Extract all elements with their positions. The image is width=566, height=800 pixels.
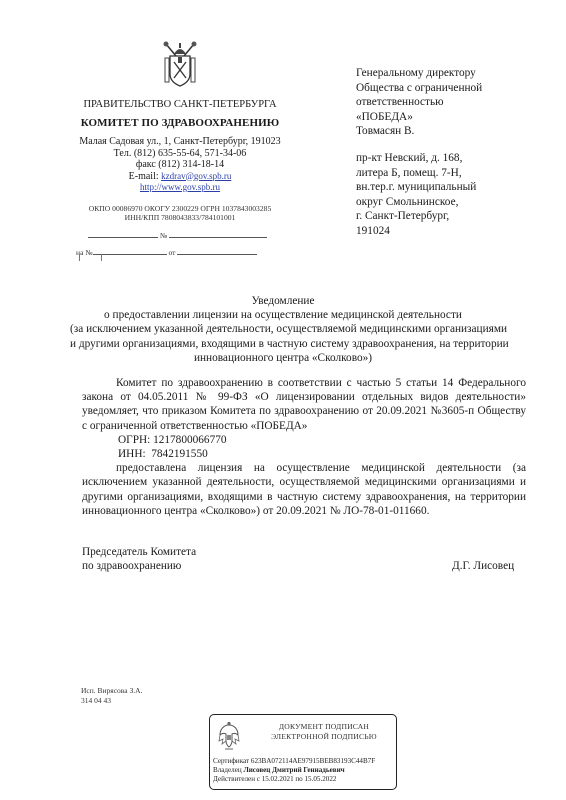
owner-line: Владелец Лисовец Дмитрий Геннадьевич xyxy=(213,766,345,775)
recipient-address-line: г. Санкт-Петербург, xyxy=(356,209,536,224)
recipient-block: Генеральному директору Общества с ограни… xyxy=(356,66,536,239)
sender-contacts: Малая Садовая ул., 1, Санкт-Петербург, 1… xyxy=(62,136,298,194)
corner-mark xyxy=(79,254,80,261)
inn-line: ИНН: 7842191550 xyxy=(82,447,526,461)
owner-name: Лисовец Дмитрий Геннадьевич xyxy=(243,766,344,774)
recipient-address-line: округ Смольнинское, xyxy=(356,195,536,210)
letterhead: ПРАВИТЕЛЬСТВО САНКТ-ПЕТЕРБУРГА КОМИТЕТ П… xyxy=(62,40,298,222)
website-link[interactable]: http://www.gov.spb.ru xyxy=(140,182,220,192)
notice-subtitle-line: инновационного центра «Сколково») xyxy=(70,351,496,365)
signatory-name: Д.Г. Лисовец xyxy=(452,559,514,573)
signatory-position: Председатель Комитета по здравоохранению xyxy=(82,545,196,573)
notice-title: Уведомление xyxy=(70,294,496,308)
government-name: ПРАВИТЕЛЬСТВО САНКТ-ПЕТЕРБУРГА xyxy=(62,98,298,111)
ogrn-line: ОГРН: 1217800066770 xyxy=(82,433,526,447)
owner-label: Владелец xyxy=(213,766,243,774)
letter-body: Комитет по здравоохранению в соответстви… xyxy=(82,376,526,518)
sender-fax: факс (812) 314-18-14 xyxy=(62,159,298,171)
sender-email-row: E-mail: kzdrav@gov.spb.ru xyxy=(62,171,298,183)
certificate-number: 623BA072114AE97915BEB83193C44B7F xyxy=(251,757,375,765)
executor-name: Исп. Вирясова З.А. xyxy=(81,686,142,696)
reg-number-blank xyxy=(169,229,267,238)
sender-address: Малая Садовая ул., 1, Санкт-Петербург, 1… xyxy=(62,136,298,148)
position-line: по здравоохранению xyxy=(82,559,196,573)
executor-phone: 314 04 43 xyxy=(81,696,142,706)
recipient-line: Общества с ограниченной xyxy=(356,81,536,96)
position-line: Председатель Комитета xyxy=(82,545,196,559)
sender-phone: Тел. (812) 635-55-64, 571-34-06 xyxy=(62,148,298,160)
notice-subtitle-line: и другими организациями, входящими в час… xyxy=(70,337,496,351)
recipient-line: Товмасян В. xyxy=(356,124,536,139)
recipient-address-line: литера Б, помещ. 7-Н, xyxy=(356,166,536,181)
org-codes-line1: ОКПО 00086970 ОКОГУ 2300229 ОГРН 1037843… xyxy=(62,204,298,213)
from-label: от xyxy=(168,248,175,257)
reply-reference-line: на № от xyxy=(76,246,257,257)
notice-subtitle-line: о предоставлении лицензии на осуществлен… xyxy=(70,308,496,322)
executor-info: Исп. Вирясова З.А. 314 04 43 xyxy=(81,686,142,705)
st-petersburg-coat-of-arms-icon xyxy=(162,40,198,90)
committee-name: КОМИТЕТ ПО ЗДРАВООХРАНЕНИЮ xyxy=(62,117,298,130)
email-label: E-mail: xyxy=(129,171,162,182)
electronic-signature-stamp: ДОКУМЕНТ ПОДПИСАН ЭЛЕКТРОННОЙ ПОДПИСЬЮ С… xyxy=(209,714,397,790)
certificate-line: Сертификат 623BA072114AE97915BEB83193C44… xyxy=(213,757,375,766)
org-codes: ОКПО 00086970 ОКОГУ 2300229 ОГРН 1037843… xyxy=(62,204,298,222)
stamp-title-line: ДОКУМЕНТ ПОДПИСАН xyxy=(254,722,394,732)
notice-heading: Уведомление о предоставлении лицензии на… xyxy=(70,294,496,365)
recipient-address: пр-кт Невский, д. 168, литера Б, помещ. … xyxy=(356,151,536,239)
reply-number-blank xyxy=(93,246,167,255)
body-paragraph-2: предоставлена лицензия на осуществление … xyxy=(82,461,526,518)
registration-number-line: № xyxy=(88,229,267,240)
notice-subtitle-line: (за исключением указанной деятельности, … xyxy=(70,322,496,336)
reply-date-blank xyxy=(177,246,257,255)
org-codes-line2: ИНН/КПП 7808043833/784101001 xyxy=(62,213,298,222)
recipient-line: ответственностью xyxy=(356,95,536,110)
recipient-line: Генеральному директору xyxy=(356,66,536,81)
validity-line: Действителен с 15.02.2021 по 15.05.2022 xyxy=(213,775,336,784)
recipient-address-line: вн.тер.г. муниципальный xyxy=(356,180,536,195)
reg-number-label: № xyxy=(160,231,167,240)
recipient-address-line: пр-кт Невский, д. 168, xyxy=(356,151,536,166)
stamp-title-line: ЭЛЕКТРОННОЙ ПОДПИСЬЮ xyxy=(254,732,394,742)
corner-mark xyxy=(101,254,102,261)
certificate-label: Сертификат xyxy=(213,757,251,765)
recipient-address-line: 191024 xyxy=(356,224,536,239)
russian-coat-of-arms-icon xyxy=(218,721,240,751)
recipient-line: «ПОБЕДА» xyxy=(356,110,536,125)
reg-date-blank xyxy=(88,229,158,238)
email-link[interactable]: kzdrav@gov.spb.ru xyxy=(161,171,231,181)
stamp-title: ДОКУМЕНТ ПОДПИСАН ЭЛЕКТРОННОЙ ПОДПИСЬЮ xyxy=(254,722,394,742)
body-paragraph-1: Комитет по здравоохранению в соответстви… xyxy=(82,376,526,433)
